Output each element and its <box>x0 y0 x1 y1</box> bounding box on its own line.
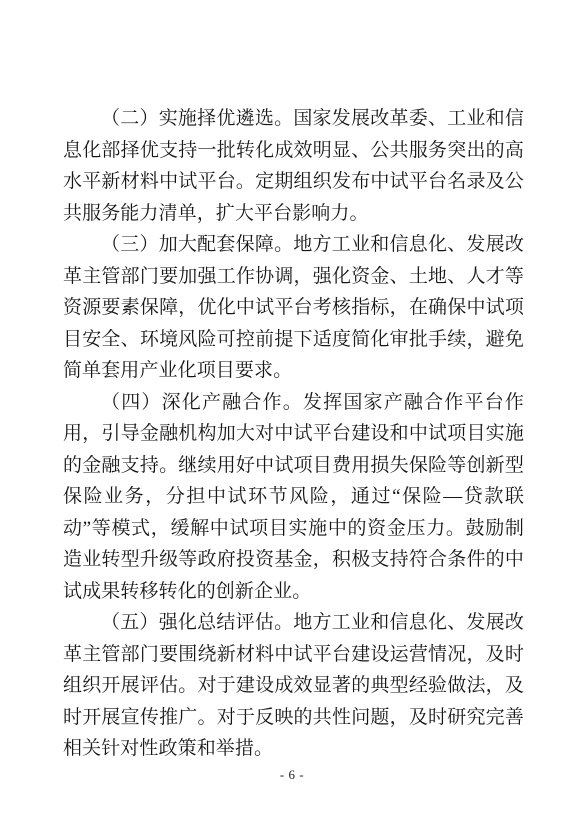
paragraph-lead: （三）加大配套保障。 <box>101 234 293 255</box>
page-number: - 6 - <box>0 767 584 782</box>
paragraph: （四）深化产融合作。发挥国家产融合作平台作用，引导金融机构加大对中试平台建设和中… <box>63 387 524 608</box>
paragraph-lead: （五）强化总结评估。 <box>101 612 293 633</box>
document-body: （二）实施择优遴选。国家发展改革委、工业和信息化部择优支持一批转化成效明显、公共… <box>63 103 524 765</box>
paragraph-lead: （四）深化产融合作。 <box>101 392 303 413</box>
paragraph-text: 地方工业和信息化、发展改革主管部门要围绕新材料中试平台建设运营情况，及时组织开展… <box>63 612 524 759</box>
paragraph: （三）加大配套保障。地方工业和信息化、发展改革主管部门要加强工作协调，强化资金、… <box>63 229 524 387</box>
paragraph-text: 地方工业和信息化、发展改革主管部门要加强工作协调，强化资金、土地、人才等资源要素… <box>63 234 524 381</box>
document-page: （二）实施择优遴选。国家发展改革委、工业和信息化部择优支持一批转化成效明显、公共… <box>0 0 584 827</box>
paragraph: （二）实施择优遴选。国家发展改革委、工业和信息化部择优支持一批转化成效明显、公共… <box>63 103 524 229</box>
paragraph-lead: （二）实施择优遴选。 <box>101 108 293 129</box>
paragraph-text: 发挥国家产融合作平台作用，引导金融机构加大对中试平台建设和中试项目实施的金融支持… <box>63 392 524 602</box>
paragraph: （五）强化总结评估。地方工业和信息化、发展改革主管部门要围绕新材料中试平台建设运… <box>63 607 524 765</box>
